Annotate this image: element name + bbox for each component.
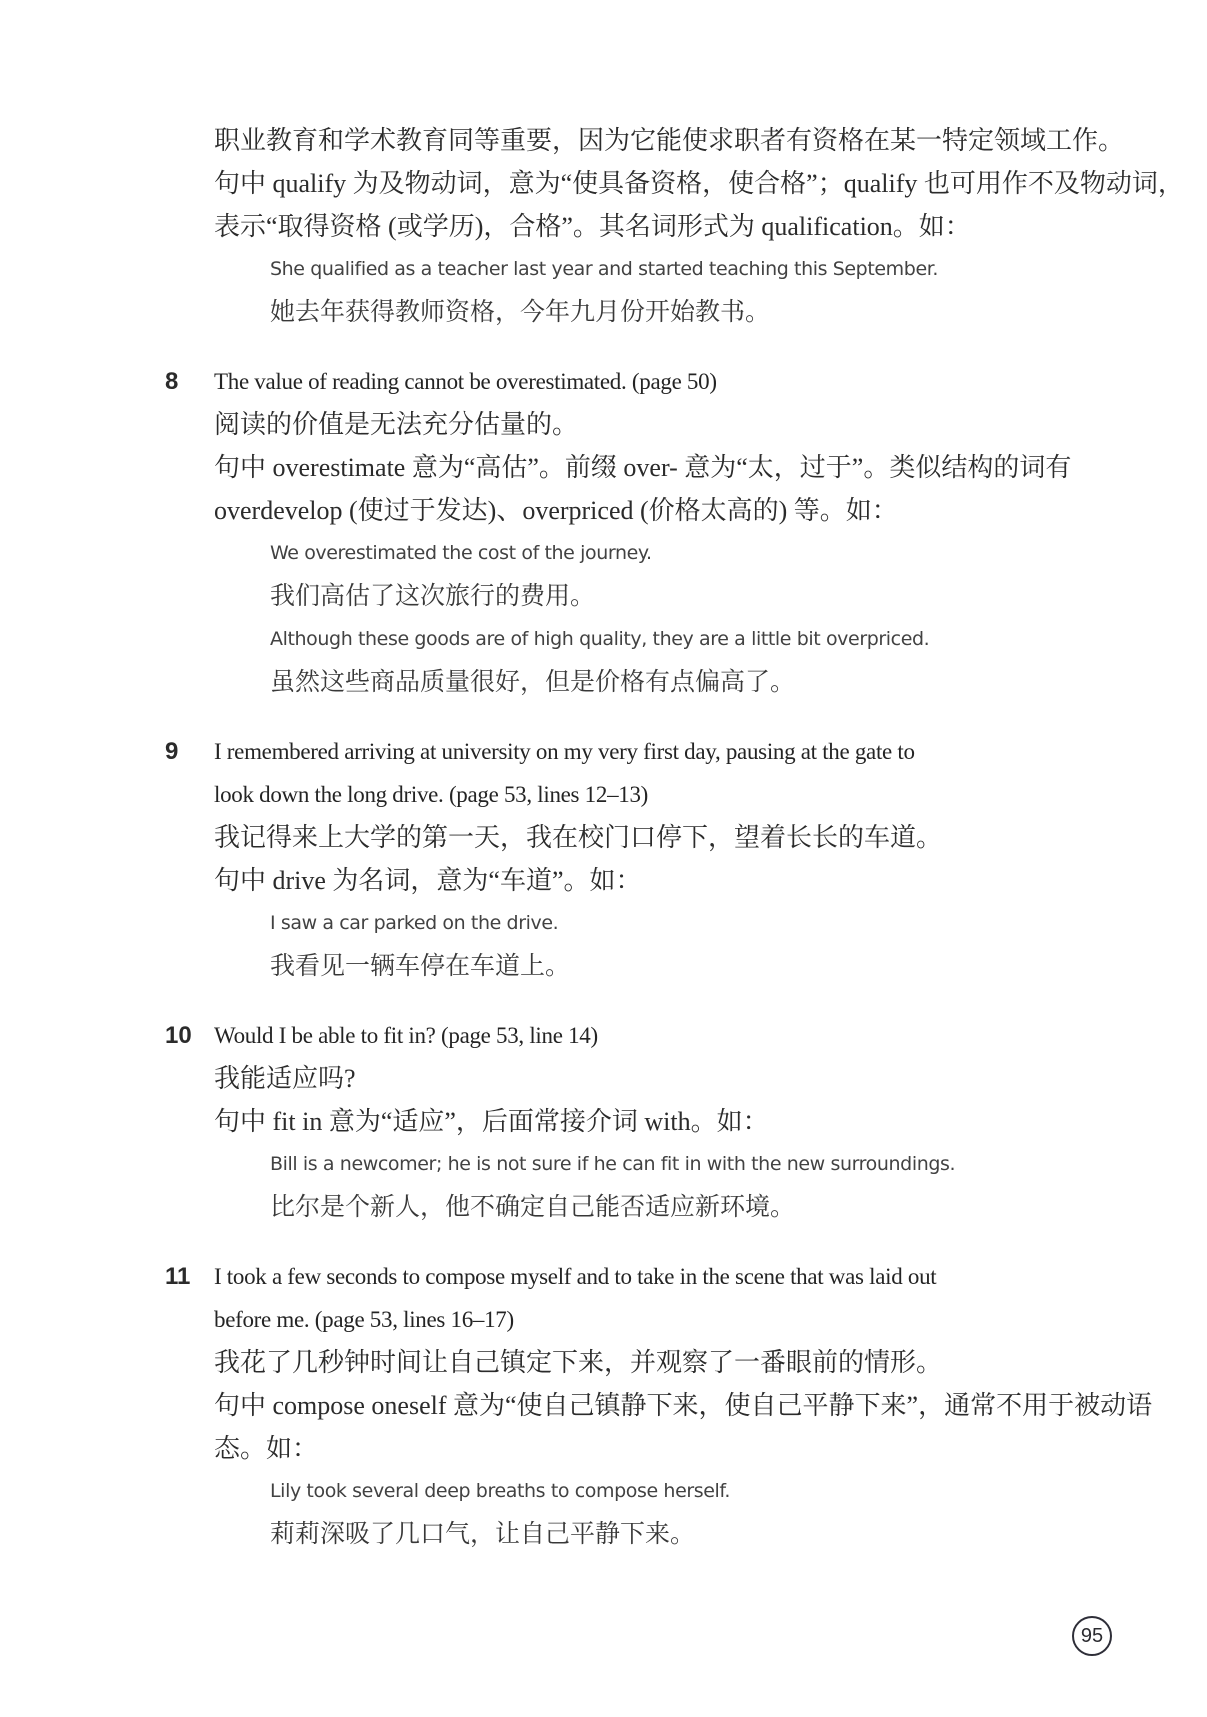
explanation-line: 句中 qualify 为及物动词，意为“使具备资格，使合格”；qualify 也… [214, 162, 1020, 205]
example-english: She qualified as a teacher last year and… [214, 248, 1020, 291]
page-number-badge: 95 [1072, 1616, 1112, 1656]
source-sentence: I took a few seconds to compose myself a… [214, 1255, 1020, 1298]
explanation-line: 句中 drive 为名词，意为“车道”。如： [214, 859, 1020, 902]
explanation-line: 句中 fit in 意为“适应”，后面常接介词 with。如： [214, 1100, 1020, 1143]
sentence-translation: 阅读的价值是无法充分估量的。 [214, 403, 1020, 446]
source-sentence: The value of reading cannot be overestim… [214, 360, 1020, 403]
example-chinese: 我们高估了这次旅行的费用。 [214, 575, 1020, 618]
page-number: 95 [1081, 1625, 1103, 1648]
example-english: Lily took several deep breaths to compos… [214, 1470, 1020, 1513]
page-content: 职业教育和学术教育同等重要，因为它能使求职者有资格在某一特定领域工作。 句中 q… [214, 119, 1020, 1556]
explanation-line: 态。如： [214, 1427, 1020, 1470]
source-sentence: before me. (page 53, lines 16–17) [214, 1298, 1020, 1341]
source-sentence: I remembered arriving at university on m… [214, 730, 1020, 773]
entry-11: 11 I took a few seconds to compose mysel… [214, 1255, 1020, 1556]
example-chinese: 她去年获得教师资格，今年九月份开始教书。 [214, 291, 1020, 334]
entry-9: 9 I remembered arriving at university on… [214, 730, 1020, 988]
continuation-paragraph: 职业教育和学术教育同等重要，因为它能使求职者有资格在某一特定领域工作。 句中 q… [214, 119, 1020, 334]
explanation-line: 职业教育和学术教育同等重要，因为它能使求职者有资格在某一特定领域工作。 [214, 119, 1020, 162]
sentence-translation: 我记得来上大学的第一天，我在校门口停下，望着长长的车道。 [214, 816, 1020, 859]
source-sentence: look down the long drive. (page 53, line… [214, 773, 1020, 816]
example-english: I saw a car parked on the drive. [214, 902, 1020, 945]
sentence-translation: 我能适应吗? [214, 1057, 1020, 1100]
example-english: Bill is a newcomer; he is not sure if he… [214, 1143, 1020, 1186]
example-chinese: 比尔是个新人，他不确定自己能否适应新环境。 [214, 1186, 1020, 1229]
entry-10: 10 Would I be able to fit in? (page 53, … [214, 1014, 1020, 1229]
entry-number: 11 [165, 1255, 190, 1298]
example-chinese: 我看见一辆车停在车道上。 [214, 945, 1020, 988]
textbook-page: 职业教育和学术教育同等重要，因为它能使求职者有资格在某一特定领域工作。 句中 q… [0, 0, 1207, 1717]
entry-number: 8 [165, 360, 178, 403]
sentence-translation: 我花了几秒钟时间让自己镇定下来，并观察了一番眼前的情形。 [214, 1341, 1020, 1384]
example-english: We overestimated the cost of the journey… [214, 532, 1020, 575]
example-chinese: 虽然这些商品质量很好，但是价格有点偏高了。 [214, 661, 1020, 704]
explanation-line: 表示“取得资格 (或学历)，合格”。其名词形式为 qualification。如… [214, 205, 1020, 248]
explanation-line: 句中 compose oneself 意为“使自己镇静下来，使自己平静下来”，通… [214, 1384, 1020, 1427]
entry-8: 8 The value of reading cannot be overest… [214, 360, 1020, 704]
example-chinese: 莉莉深吸了几口气，让自己平静下来。 [214, 1513, 1020, 1556]
explanation-line: overdevelop (使过于发达)、overpriced (价格太高的) 等… [214, 489, 1020, 532]
entry-number: 10 [165, 1014, 192, 1057]
source-sentence: Would I be able to fit in? (page 53, lin… [214, 1014, 1020, 1057]
entry-number: 9 [165, 730, 178, 773]
example-english: Although these goods are of high quality… [214, 618, 1020, 661]
explanation-line: 句中 overestimate 意为“高估”。前缀 over- 意为“太，过于”… [214, 446, 1020, 489]
